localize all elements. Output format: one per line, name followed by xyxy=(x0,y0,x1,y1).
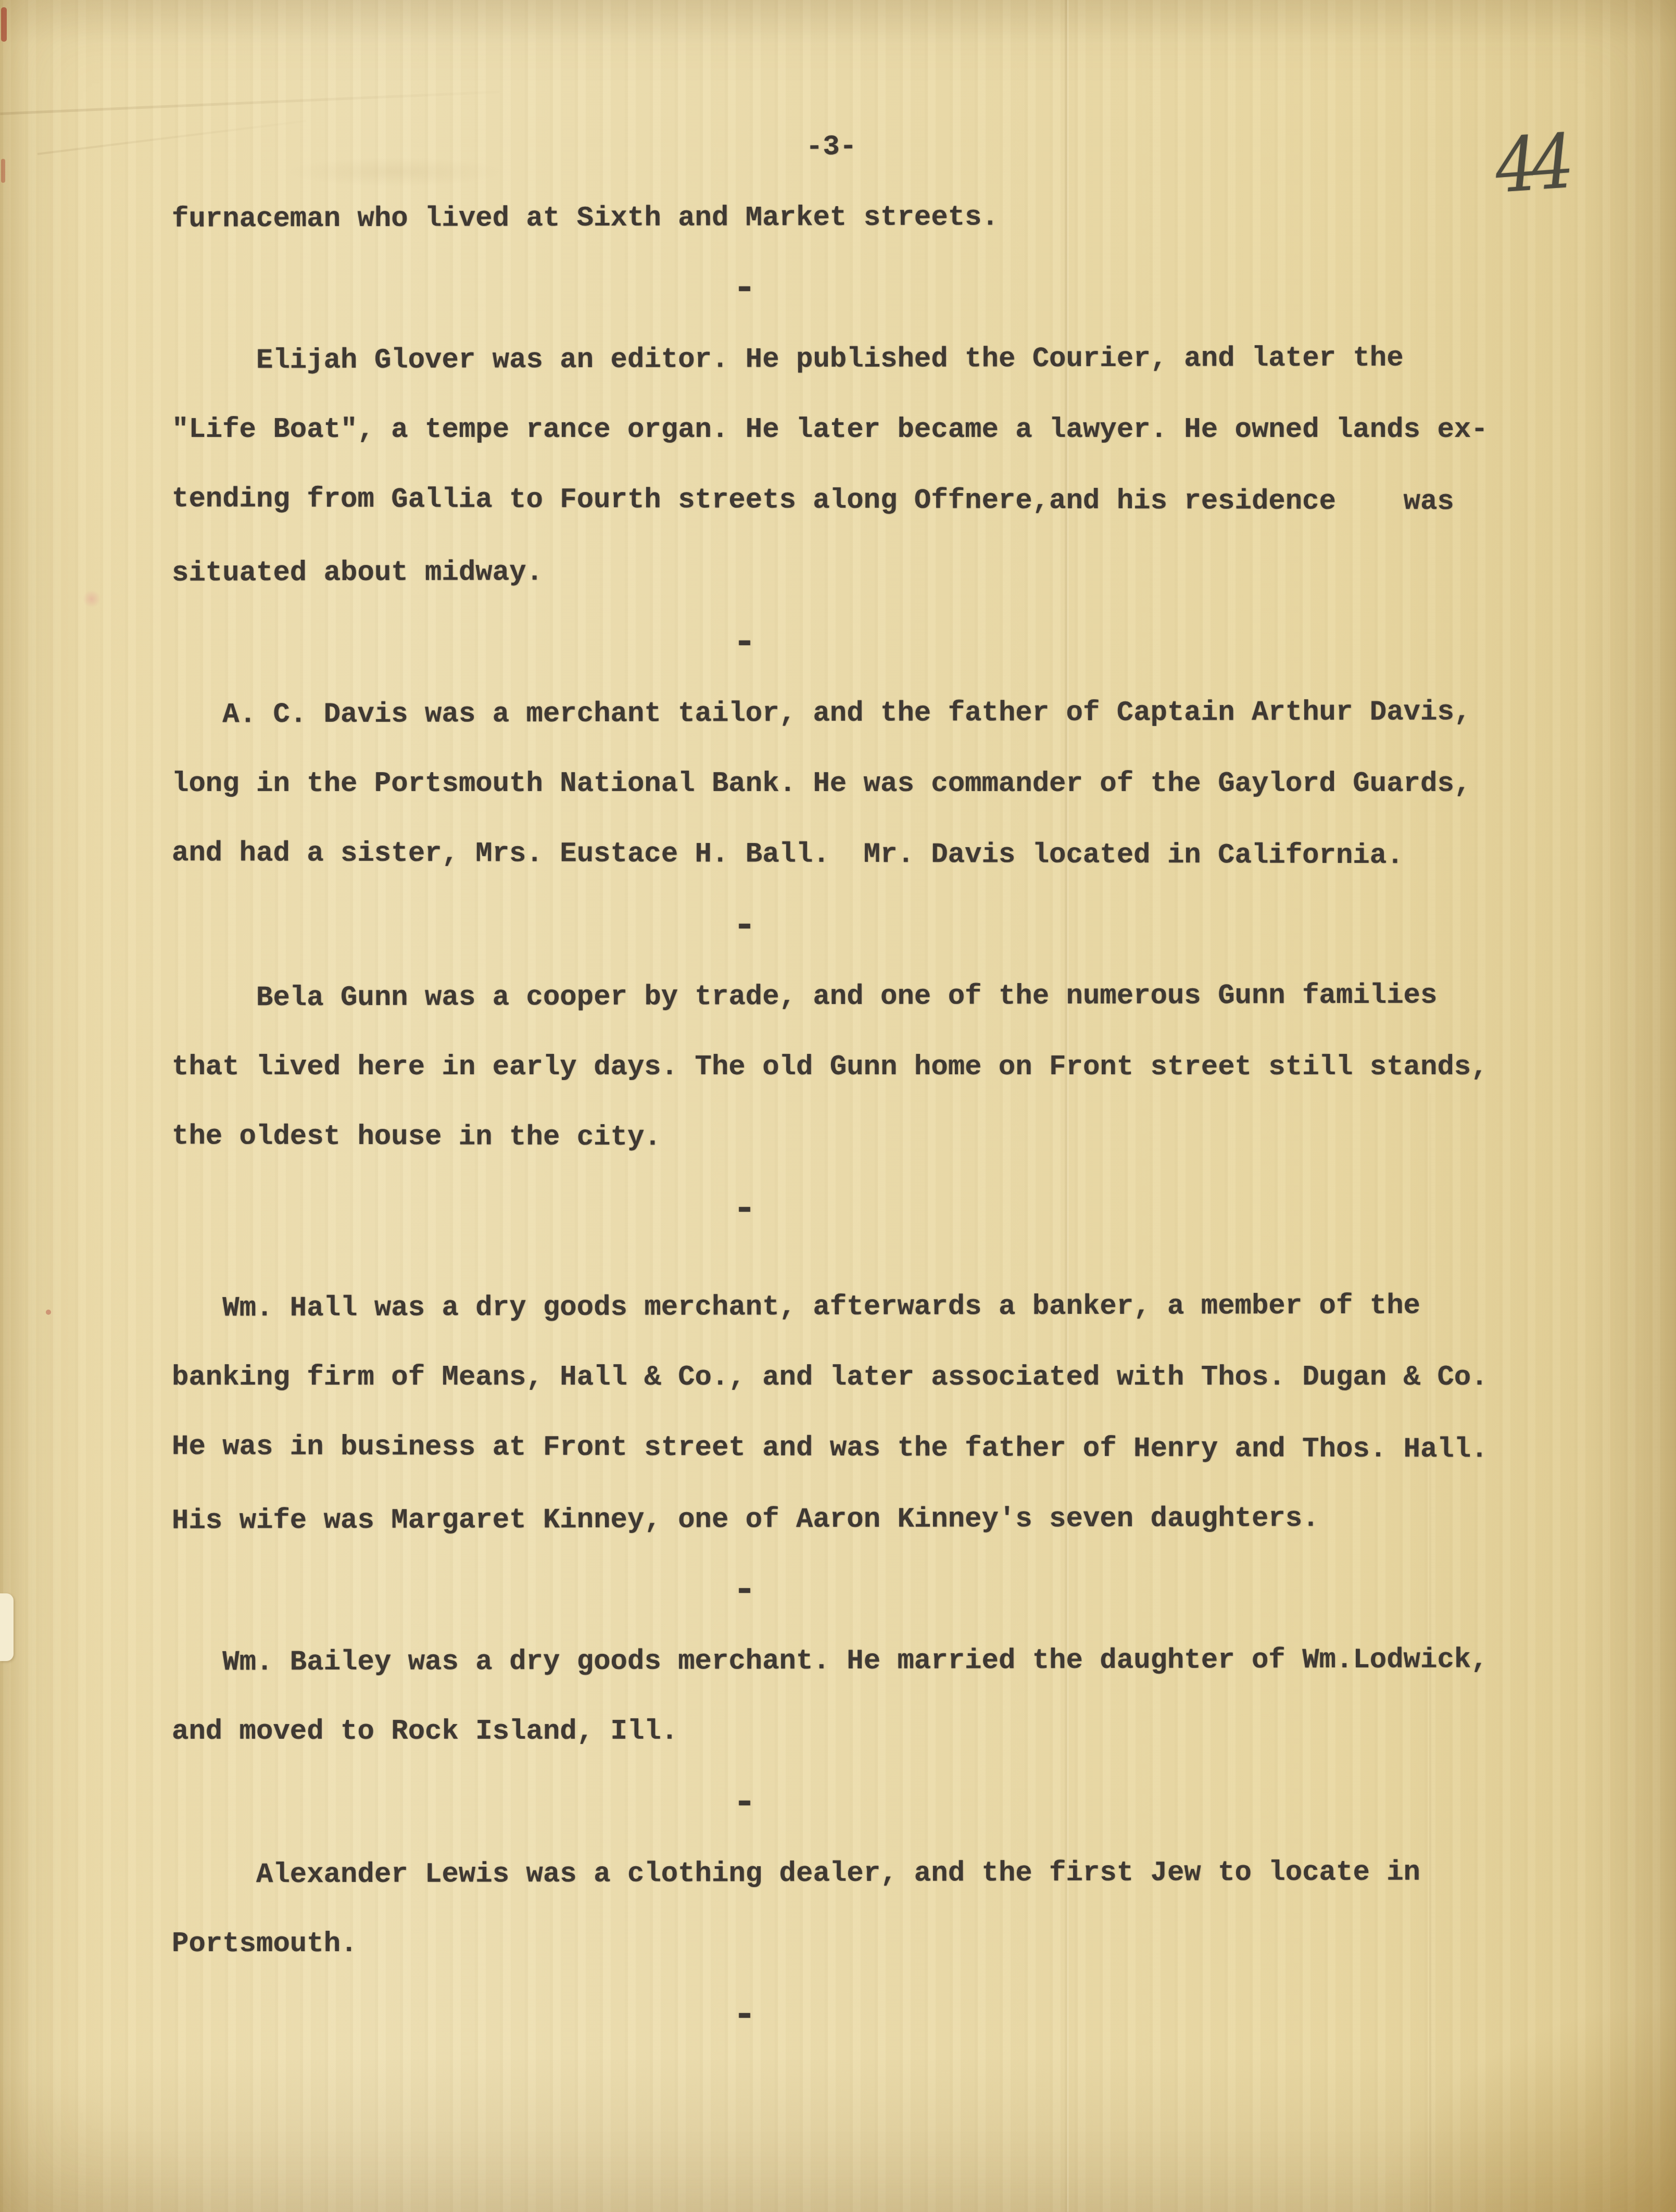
text-line: He was in business at Front street and w… xyxy=(172,1412,1515,1485)
paragraph-separator: - xyxy=(172,1555,1317,1626)
paragraph-separator: - xyxy=(172,890,1317,961)
text-line: A. C. Davis was a merchant tailor, and t… xyxy=(172,677,1515,750)
paragraph-separator: - xyxy=(172,253,1317,324)
text-line: Elijah Glover was an editor. He publishe… xyxy=(172,323,1515,396)
paragraph: Bela Gunn was a cooper by trade, and one… xyxy=(172,961,1515,1245)
paragraph-separator: - xyxy=(172,607,1317,678)
paper-stain xyxy=(46,1310,51,1315)
text-line: Portsmouth. xyxy=(172,1909,1515,1980)
text-line: furnaceman who lived at Sixth and Market… xyxy=(172,181,1515,255)
binding-residue-speck xyxy=(1,159,5,183)
text-line: Wm. Hall was a dry goods merchant, after… xyxy=(172,1271,1515,1344)
typed-content: furnaceman who lived at Sixth and Market… xyxy=(172,182,1515,2051)
scanned-document-page: -3- 44 furnaceman who lived at Sixth and… xyxy=(0,0,1676,2212)
text-line: Alexander Lewis was a clothing dealer, a… xyxy=(172,1837,1515,1911)
page-number: -3- xyxy=(806,133,857,162)
paragraph-separator: - xyxy=(172,1767,1317,1838)
text-line: "Life Boat", a tempe rance organ. He lat… xyxy=(172,395,1515,466)
text-line: and moved to Rock Island, Ill. xyxy=(172,1696,1515,1767)
paragraph: A. C. Davis was a merchant tailor, and t… xyxy=(172,678,1515,961)
paragraph: Alexander Lewis was a clothing dealer, a… xyxy=(172,1838,1515,2051)
paragraph: Wm. Hall was a dry goods merchant, after… xyxy=(172,1272,1515,1626)
paragraph: Elijah Glover was an editor. He publishe… xyxy=(172,324,1515,678)
paragraph: Wm. Bailey was a dry goods merchant. He … xyxy=(172,1626,1515,1838)
text-line: and had a sister, Mrs. Eustace H. Ball. … xyxy=(172,818,1515,891)
text-line: long in the Portsmouth National Bank. He… xyxy=(172,749,1515,820)
text-line: the oldest house in the city. xyxy=(172,1101,1515,1175)
binding-residue-speck xyxy=(1,7,7,42)
text-line: His wife was Margaret Kinney, one of Aar… xyxy=(172,1483,1515,1556)
text-line: that lived here in early days. The old G… xyxy=(172,1032,1515,1103)
paragraph: furnaceman who lived at Sixth and Market… xyxy=(172,182,1515,324)
text-line: Wm. Bailey was a dry goods merchant. He … xyxy=(172,1625,1515,1698)
paragraph-separator: - xyxy=(172,1980,1317,2051)
paragraph-separator: - xyxy=(172,1174,1317,1245)
paper-crease xyxy=(0,91,499,115)
text-line: tending from Gallia to Fourth streets al… xyxy=(172,464,1515,537)
text-line: banking firm of Means, Hall & Co., and l… xyxy=(172,1342,1515,1413)
text-line: Bela Gunn was a cooper by trade, and one… xyxy=(172,960,1515,1034)
text-line: situated about midway. xyxy=(172,535,1515,609)
paper-crease xyxy=(37,120,307,155)
paper-chip xyxy=(0,1593,14,1661)
